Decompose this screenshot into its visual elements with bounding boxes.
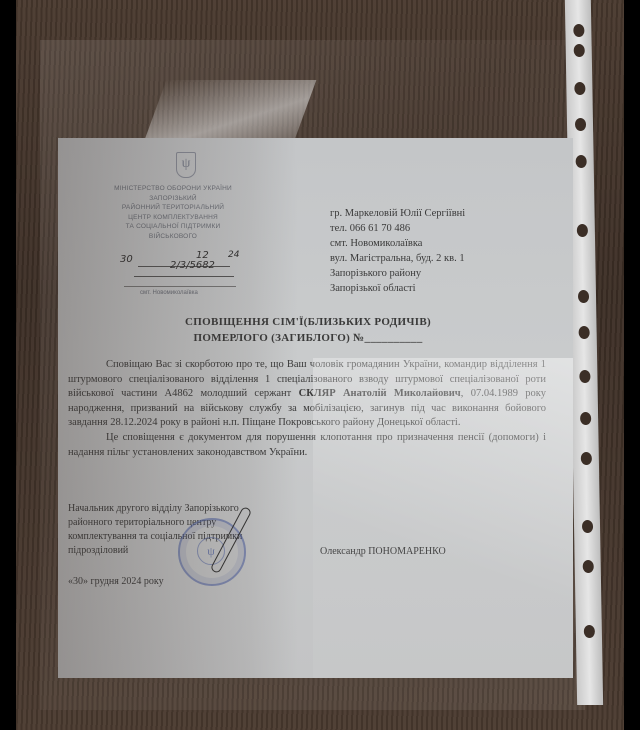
org-line: ТА СОЦІАЛЬНОЇ ПІДТРИМКИ bbox=[98, 222, 248, 232]
org-line: ЦЕНТР КОМПЛЕКТУВАННЯ bbox=[98, 213, 248, 223]
punch-hole bbox=[579, 326, 590, 339]
date-day: 30 bbox=[120, 254, 133, 265]
number-underline bbox=[134, 276, 234, 277]
soldier-name: СКЛЯР Анатолій Миколайович bbox=[299, 388, 461, 399]
recipient-region: Запорізької області bbox=[330, 281, 465, 296]
punch-hole bbox=[574, 82, 585, 95]
recipient-district: Запорізького району bbox=[330, 266, 465, 281]
recipient-name: гр. Маркеловій Юлії Сергіївні bbox=[330, 206, 465, 221]
org-line: РАЙОННИЙ ТЕРИТОРІАЛЬНИЙ bbox=[98, 203, 248, 213]
signatory-name: Олександр ПОНОМАРЕНКО bbox=[320, 546, 446, 557]
punch-hole bbox=[579, 370, 590, 383]
punch-hole bbox=[583, 560, 594, 573]
org-line: ЗАПОРІЗЬКИЙ bbox=[98, 194, 248, 204]
recipient-phone: тел. 066 61 70 486 bbox=[330, 221, 465, 236]
letterhead-divider bbox=[124, 286, 236, 287]
punch-hole bbox=[577, 224, 588, 237]
letterhead-place: смт. Новомиколаївка bbox=[140, 290, 198, 296]
punch-hole bbox=[573, 24, 584, 37]
outgoing-number: 2/3/5682 bbox=[170, 260, 215, 271]
punch-hole bbox=[575, 118, 586, 131]
signed-date: «30» грудня 2024 року bbox=[68, 576, 164, 587]
punch-hole bbox=[584, 625, 595, 638]
title-line-1: СПОВІЩЕННЯ СІМ'Ї(БЛИЗЬКИХ РОДИЧІВ) bbox=[158, 314, 458, 330]
punch-hole bbox=[582, 520, 593, 533]
punch-hole bbox=[574, 44, 585, 57]
recipient-street: вул. Магістральна, буд. 2 кв. 1 bbox=[330, 251, 465, 266]
org-line: ВІЙСЬКОВОГО bbox=[98, 232, 248, 242]
recipient-address: гр. Маркеловій Юлії Сергіївні тел. 066 6… bbox=[330, 206, 465, 296]
title-line-2: ПОМЕРЛОГО (ЗАГИБЛОГО) № bbox=[193, 332, 364, 344]
title-number-blank: __________ bbox=[365, 332, 423, 344]
document-title: СПОВІЩЕННЯ СІМ'Ї(БЛИЗЬКИХ РОДИЧІВ) ПОМЕР… bbox=[158, 314, 458, 346]
trident-icon: ψ bbox=[176, 152, 196, 178]
letterhead-organization: МІНІСТЕРСТВО ОБОРОНИ УКРАЇНИ ЗАПОРІЗЬКИЙ… bbox=[98, 184, 248, 241]
org-line: МІНІСТЕРСТВО ОБОРОНИ УКРАЇНИ bbox=[98, 184, 248, 194]
punch-hole bbox=[581, 452, 592, 465]
date-year: 24 bbox=[228, 250, 239, 260]
punch-hole bbox=[578, 290, 589, 303]
punch-hole bbox=[580, 412, 591, 425]
punch-hole bbox=[576, 155, 587, 168]
recipient-settlement: смт. Новомиколаївка bbox=[330, 236, 465, 251]
paragraph-legal: Це сповіщення є документом для порушення… bbox=[68, 431, 546, 460]
paragraph-notification: Сповіщаю Вас зі скорботою про те, що Ваш… bbox=[68, 358, 546, 431]
document-body: Сповіщаю Вас зі скорботою про те, що Ваш… bbox=[68, 358, 546, 460]
notification-document: ψ МІНІСТЕРСТВО ОБОРОНИ УКРАЇНИ ЗАПОРІЗЬК… bbox=[58, 138, 573, 678]
